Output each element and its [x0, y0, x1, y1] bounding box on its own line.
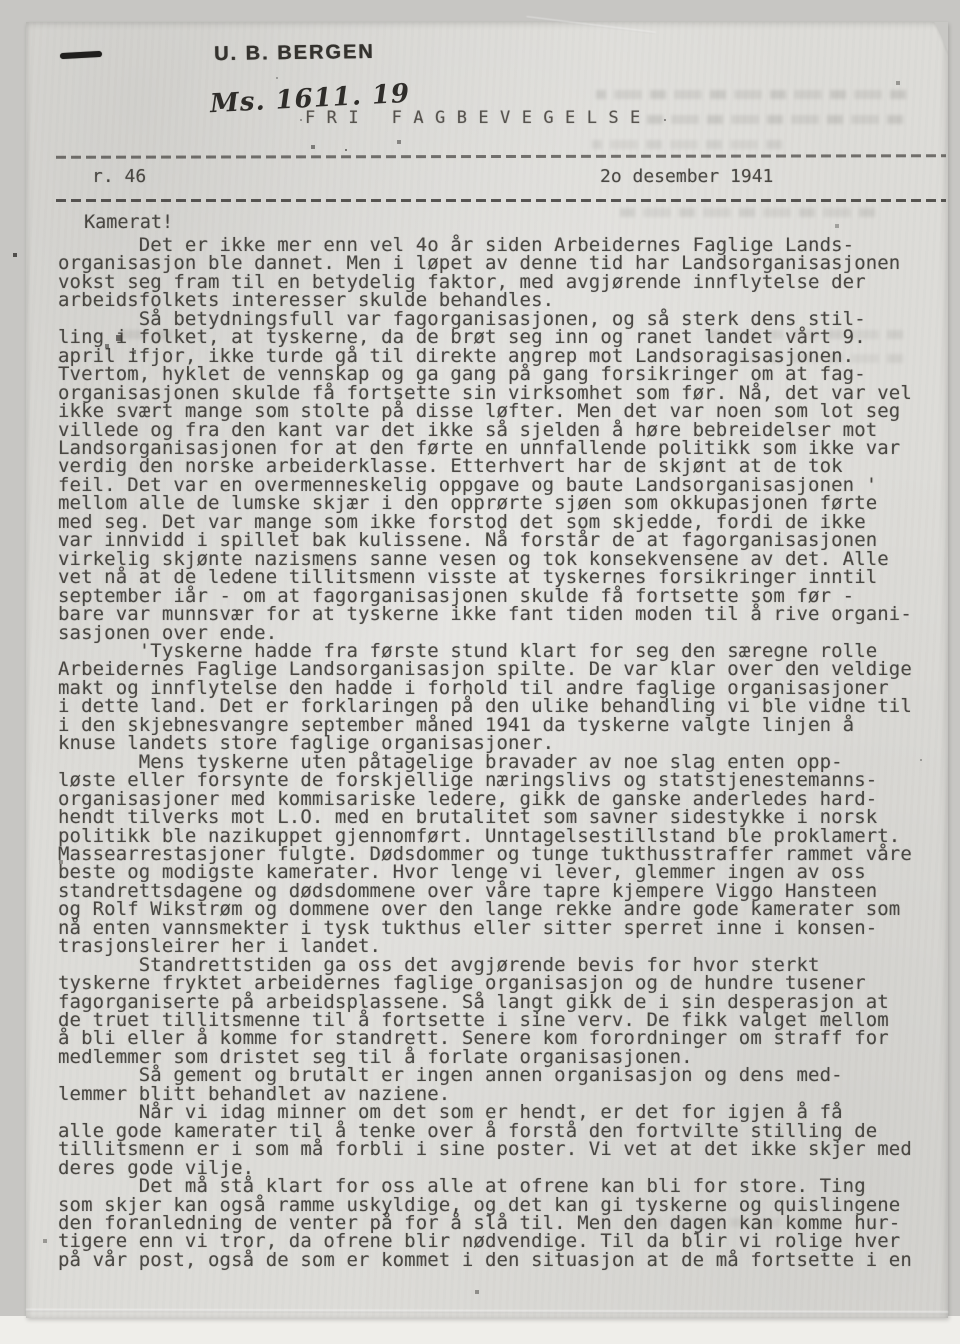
scanner-background [0, 1316, 960, 1344]
issue-number: r. 46 [92, 166, 146, 187]
separator-rule-top [56, 154, 946, 158]
salutation: Kamerat! [84, 212, 173, 233]
bleedthrough-artifact [620, 208, 875, 217]
archive-stamp: U. B. BERGEN [214, 41, 375, 66]
fold-crease-bottom [26, 1309, 948, 1314]
paper-corner-fold [902, 22, 948, 86]
ink-specks [26, 22, 28, 24]
masthead-title: F R I F A G B E V E G E L S E [305, 108, 641, 128]
fold-crease-top [526, 16, 655, 34]
paper: U. B. BERGEN Ms. 1611. 19 F R I F A G B … [26, 22, 948, 1318]
letter-body: Det er ikke mer enn vel 4o år siden Arbe… [58, 236, 946, 1269]
ink-dash-mark [60, 51, 102, 59]
bleedthrough-artifact [596, 90, 906, 99]
separator-rule-bottom [56, 199, 946, 202]
bleedthrough-artifact [592, 140, 782, 149]
issue-date: 2o desember 1941 [600, 166, 773, 187]
scanned-document-page: U. B. BERGEN Ms. 1611. 19 F R I F A G B … [0, 0, 960, 1344]
bleedthrough-artifact [638, 115, 903, 124]
